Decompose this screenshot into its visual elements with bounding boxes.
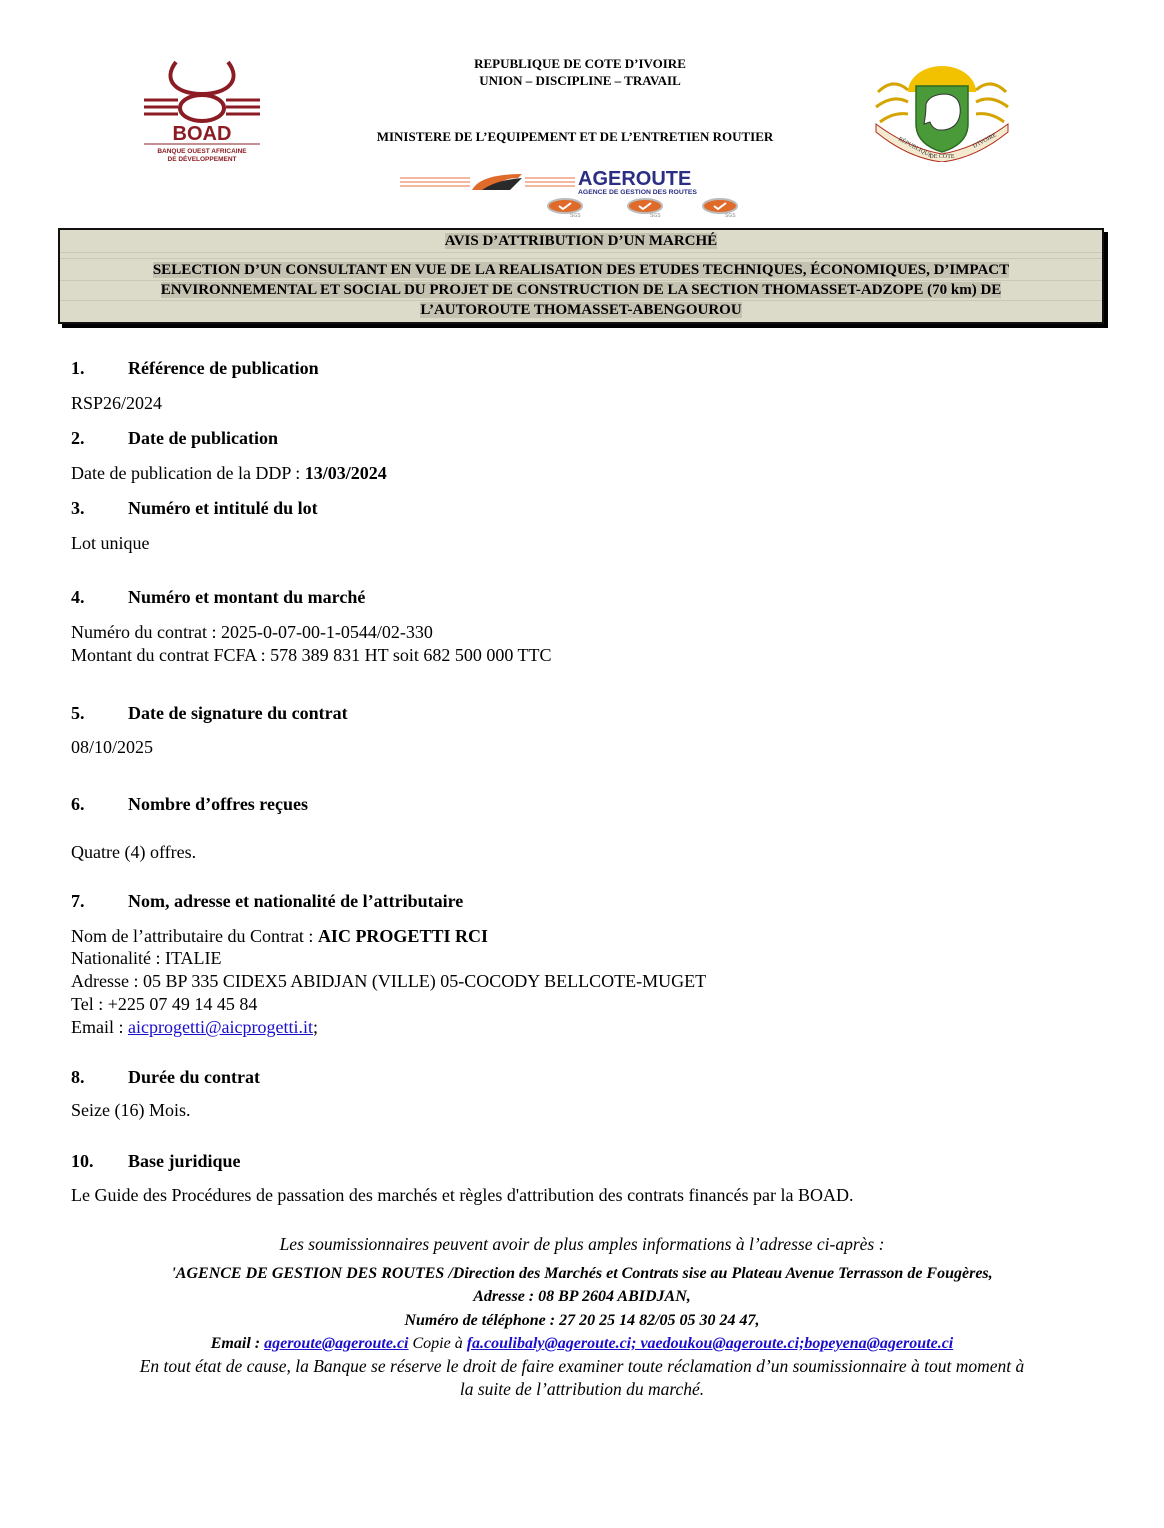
- national-motto: UNION – DISCIPLINE – TRAVAIL: [380, 73, 780, 89]
- section-2-heading: 2.Date de publication: [71, 427, 278, 449]
- publication-date: Date de publication de la DDP : 13/03/20…: [71, 463, 387, 484]
- svg-text:SGS: SGS: [570, 213, 581, 218]
- awardee-email-link[interactable]: aicprogetti@aicprogetti.it: [128, 1017, 313, 1037]
- section-3-heading: 3.Numéro et intitulé du lot: [71, 497, 318, 519]
- coat-of-arms-icon: RÉPUBLIQUE DE CÔTE D'IVOIRE: [868, 62, 1016, 162]
- footer-disclaimer-1: En tout état de cause, la Banque se rése…: [60, 1355, 1104, 1377]
- footer-disclaimer-2: la suite de l’attribution du marché.: [60, 1378, 1104, 1400]
- section-6-heading: 6.Nombre d’offres reçues: [71, 793, 308, 815]
- contract-amount: Montant du contrat FCFA : 578 389 831 HT…: [71, 645, 552, 666]
- sgs-badge-icons: SGS SGS SGS: [548, 199, 737, 218]
- awardee-nationality: Nationalité : ITALIE: [71, 948, 222, 969]
- ageroute-email-link[interactable]: ageroute@ageroute.ci: [264, 1335, 408, 1352]
- boad-emblem-icon: BOAD BANQUE OUEST AFRICAINE DE DÉVELOPPE…: [140, 58, 265, 168]
- svg-text:DE CÔTE: DE CÔTE: [929, 152, 954, 160]
- svg-text:AGENCE DE GESTION DES ROUTES: AGENCE DE GESTION DES ROUTES: [578, 189, 697, 196]
- notice-subject-line-2: ENVIRONNEMENTAL ET SOCIAL DU PROJET DE C…: [60, 281, 1102, 299]
- footer-intro: Les soumissionnaires peuvent avoir de pl…: [60, 1233, 1104, 1255]
- awardee-name: Nom de l’attributaire du Contrat : AIC P…: [71, 926, 488, 947]
- notice-subject-line-3: L’AUTOROUTE THOMASSET-ABENGOUROU: [60, 301, 1102, 319]
- ministry-title: MINISTERE DE L’EQUIPEMENT ET DE L’ENTRET…: [330, 129, 820, 145]
- section-4-heading: 4.Numéro et montant du marché: [71, 586, 365, 608]
- boad-logo: BOAD BANQUE OUEST AFRICAINE DE DÉVELOPPE…: [140, 58, 265, 168]
- svg-text:BANQUE OUEST AFRICAINE: BANQUE OUEST AFRICAINE: [157, 148, 247, 155]
- contract-number: Numéro du contrat : 2025-0-07-00-1-0544/…: [71, 622, 433, 643]
- svg-text:BOAD: BOAD: [173, 123, 232, 145]
- notice-title-box: AVIS D’ATTRIBUTION D’UN MARCHÉ SELECTION…: [58, 228, 1104, 324]
- awardee-phone: Tel : +225 07 49 14 45 84: [71, 994, 257, 1015]
- legal-basis: Le Guide des Procédures de passation des…: [71, 1185, 854, 1206]
- publication-reference: RSP26/2024: [71, 393, 162, 414]
- footer-emails: Email : ageroute@ageroute.ci Copie à fa.…: [60, 1333, 1104, 1355]
- awardee-email: Email : aicprogetti@aicprogetti.it;: [71, 1017, 318, 1038]
- ageroute-emblem-icon: AGEROUTE AGENCE DE GESTION DES ROUTES SG…: [400, 168, 760, 218]
- notice-subject-line-1: SELECTION D’UN CONSULTANT EN VUE DE LA R…: [60, 261, 1102, 279]
- awardee-address: Adresse : 05 BP 335 CIDEX5 ABIDJAN (VILL…: [71, 971, 706, 992]
- copy-emails-link[interactable]: fa.coulibaly@ageroute.ci; vaedoukou@ager…: [467, 1335, 954, 1352]
- svg-text:AGEROUTE: AGEROUTE: [578, 168, 691, 190]
- offers-received: Quatre (4) offres.: [71, 842, 196, 863]
- ageroute-logo: AGEROUTE AGENCE DE GESTION DES ROUTES SG…: [400, 168, 760, 218]
- notice-type: AVIS D’ATTRIBUTION D’UN MARCHÉ: [60, 232, 1102, 250]
- svg-text:SGS: SGS: [650, 213, 661, 218]
- footer-agency: 'AGENCE DE GESTION DES ROUTES /Direction…: [60, 1263, 1104, 1285]
- section-7-heading: 7.Nom, adresse et nationalité de l’attri…: [71, 890, 463, 912]
- section-5-heading: 5.Date de signature du contrat: [71, 702, 348, 724]
- section-10-heading: 10.Base juridique: [71, 1150, 241, 1172]
- footer-phone: Numéro de téléphone : 27 20 25 14 82/05 …: [60, 1310, 1104, 1332]
- lot-info: Lot unique: [71, 533, 150, 554]
- section-1-heading: 1.Référence de publication: [71, 357, 319, 379]
- cote-divoire-coat-of-arms: RÉPUBLIQUE DE CÔTE D'IVOIRE: [868, 62, 1016, 162]
- contract-duration: Seize (16) Mois.: [71, 1100, 190, 1121]
- footer-address: Adresse : 08 BP 2604 ABIDJAN,: [60, 1286, 1104, 1308]
- svg-text:SGS: SGS: [725, 213, 736, 218]
- republic-title: REPUBLIQUE DE COTE D’IVOIRE: [380, 56, 780, 72]
- signature-date: 08/10/2025: [71, 737, 153, 758]
- section-8-heading: 8.Durée du contrat: [71, 1066, 260, 1088]
- svg-text:DE DÉVELOPPEMENT: DE DÉVELOPPEMENT: [168, 154, 237, 163]
